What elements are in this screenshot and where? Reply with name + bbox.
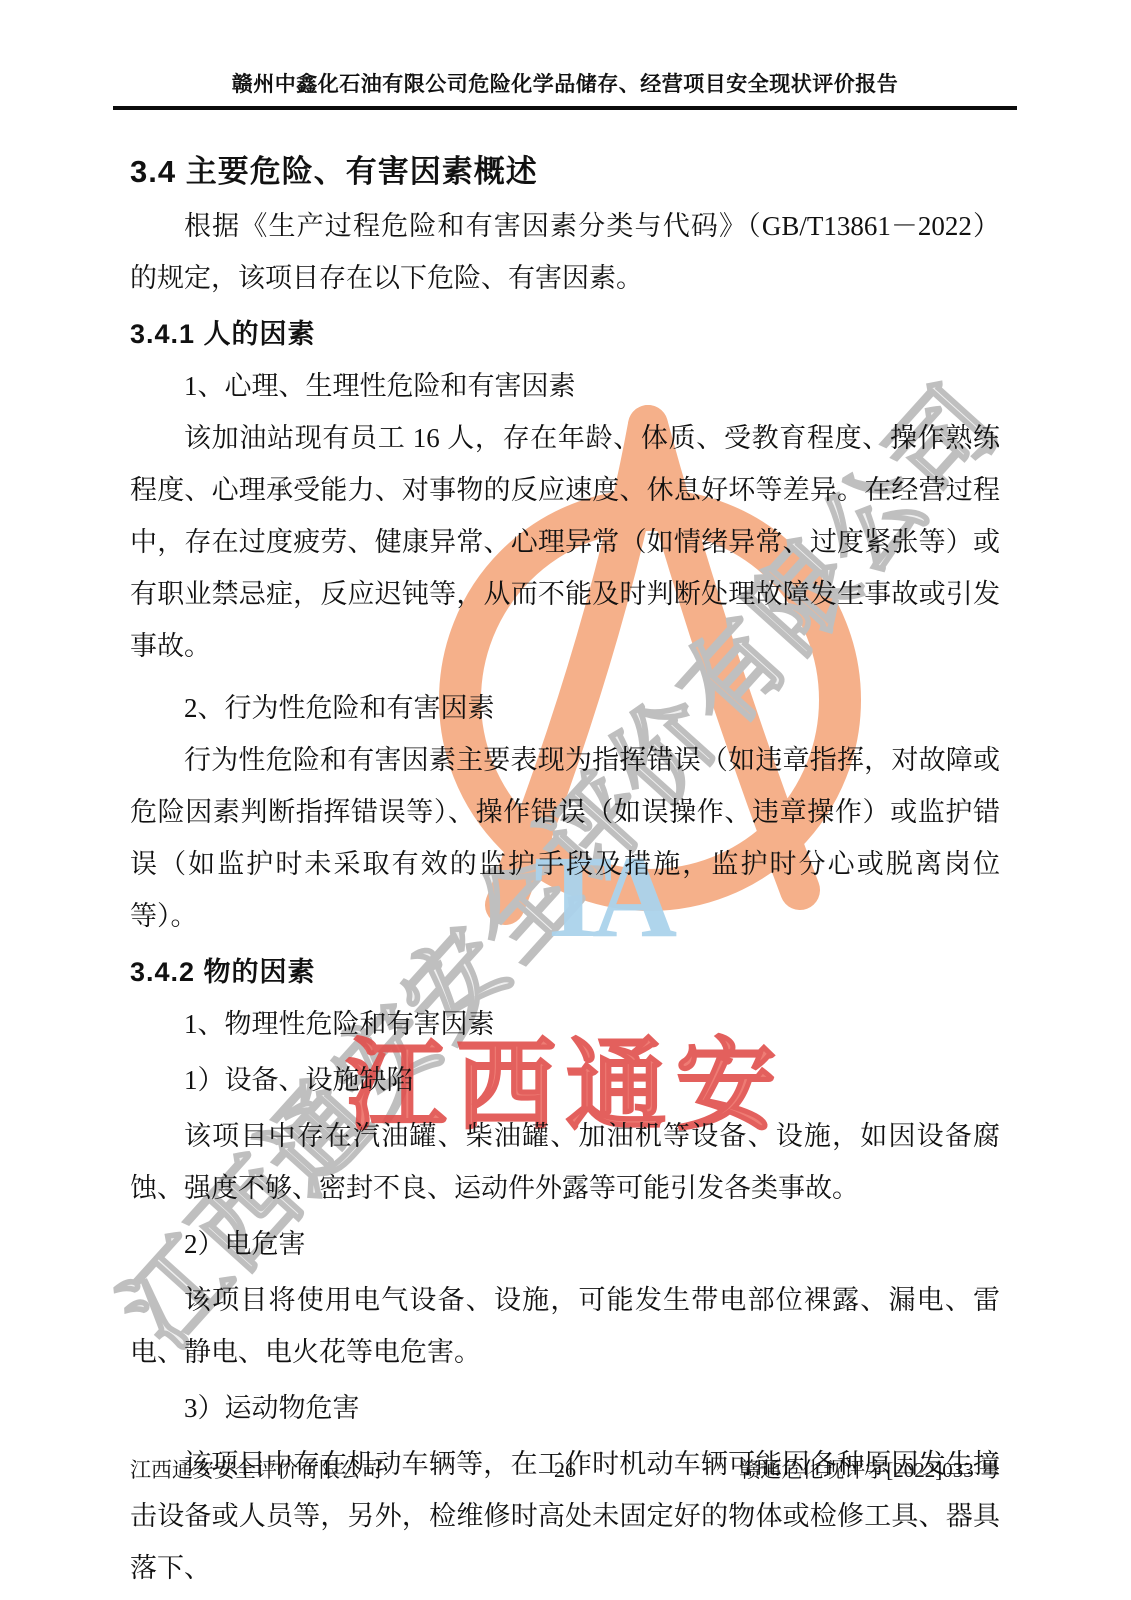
footer-doc-number: 赣通危化现评字[2022]033 号 [576,1455,1000,1485]
item-behavior-title: 2、行为性危险和有害因素 [130,682,1000,734]
intro-paragraph: 根据《生产过程危险和有害因素分类与代码》（GB/T13861－2022）的规定，… [130,200,1000,304]
footer-company: 江西通安安全评价有限公司 [130,1455,554,1485]
item-moving-title: 3）运动物危害 [130,1382,1000,1434]
item-defect-title: 1）设备、设施缺陷 [130,1054,1000,1106]
heading-human-factors: 3.4.1 人的因素 [130,308,1000,360]
footer-page-number: 26 [554,1455,576,1485]
paragraph-behavior: 行为性危险和有害因素主要表现为指挥错误（如违章指挥，对故障或危险因素判断指挥错误… [130,734,1000,942]
item-electric-title: 2）电危害 [130,1218,1000,1270]
header-divider [113,106,1017,110]
paragraph-psych: 该加油站现有员工 16 人，存在年龄、体质、受教育程度、操作熟练程度、心理承受能… [130,412,1000,672]
item-psych-title: 1、心理、生理性危险和有害因素 [130,360,1000,412]
page-footer: 江西通安安全评价有限公司 26 赣通危化现评字[2022]033 号 [130,1455,1000,1485]
paragraph-electric: 该项目将使用电气设备、设施，可能发生带电部位裸露、漏电、雷电、静电、电火花等电危… [130,1274,1000,1378]
page-header-title: 赣州中鑫化石油有限公司危险化学品储存、经营项目安全现状评价报告 [130,70,1000,98]
document-content: 赣州中鑫化石油有限公司危险化学品储存、经营项目安全现状评价报告 3.4 主要危险… [0,0,1131,1594]
heading-object-factors: 3.4.2 物的因素 [130,946,1000,998]
report-page: 江西通安安全评价有限公司 TA 江西通安 赣州中鑫化石油有限公司危险化学品储存、… [0,0,1131,1600]
section-title: 3.4 主要危险、有害因素概述 [130,150,1000,194]
item-physical-title: 1、物理性危险和有害因素 [130,998,1000,1050]
paragraph-defect: 该项目中存在汽油罐、柴油罐、加油机等设备、设施，如因设备腐蚀、强度不够、密封不良… [130,1110,1000,1214]
